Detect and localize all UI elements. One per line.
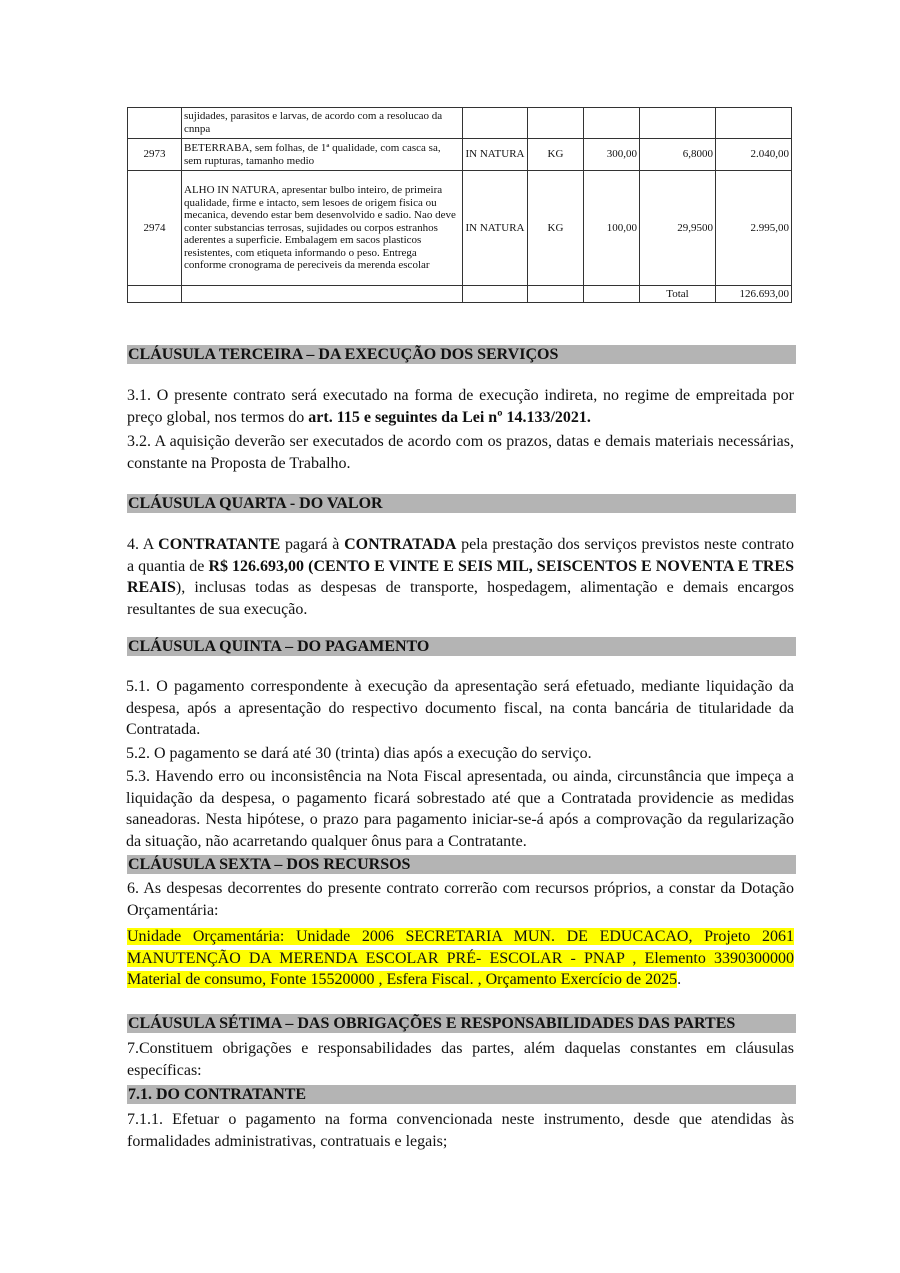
clausula-terceira-heading: CLÁUSULA TERCEIRA – DA EXECUÇÃO DOS SERV… (127, 345, 796, 364)
item-total: 2.995,00 (716, 171, 792, 286)
total-label: Total (640, 286, 716, 303)
item-code: 2974 (128, 171, 182, 286)
contratada-label: CONTRATADA (344, 536, 456, 553)
clausula-sexta-heading: CLÁUSULA SEXTA – DOS RECURSOS (127, 855, 796, 874)
item-unit: KG (528, 139, 584, 171)
clausula-5-3: 5.3. Havendo erro ou inconsistência na N… (126, 766, 794, 852)
clausula-3-2: 3.2. A aquisição deverão ser executados … (127, 431, 794, 474)
clausula-7-1-1: 7.1.1. Efetuar o pagamento na forma conv… (127, 1109, 794, 1152)
item-quantity: 300,00 (584, 139, 640, 171)
item-total (716, 108, 792, 139)
item-unit-price: 29,9500 (640, 171, 716, 286)
item-unit (528, 108, 584, 139)
table-row: 2973 BETERRABA, sem folhas, de 1ª qualid… (128, 139, 792, 171)
item-type: IN NATURA (463, 139, 528, 171)
clausula-quarta-heading: CLÁUSULA QUARTA - DO VALOR (127, 494, 796, 513)
item-quantity: 100,00 (584, 171, 640, 286)
item-unit: KG (528, 171, 584, 286)
item-unit-price: 6,8000 (640, 139, 716, 171)
subclausula-7-1-heading: 7.1. DO CONTRATANTE (127, 1085, 796, 1104)
item-total: 2.040,00 (716, 139, 792, 171)
clausula-7: 7.Constituem obrigações e responsabilida… (127, 1038, 794, 1081)
item-description: sujidades, parasitos e larvas, de acordo… (182, 108, 463, 139)
item-type: IN NATURA (463, 171, 528, 286)
contratante-label: CONTRATANTE (158, 536, 280, 553)
item-description: ALHO IN NATURA, apresentar bulbo inteiro… (182, 171, 463, 286)
clausula-5-1: 5.1. O pagamento correspondente à execuç… (126, 676, 794, 741)
legal-reference: art. 115 e seguintes da Lei nº 14.133/20… (308, 409, 591, 426)
table-total-row: Total 126.693,00 (128, 286, 792, 303)
table-row: 2974 ALHO IN NATURA, apresentar bulbo in… (128, 171, 792, 286)
item-unit-price (640, 108, 716, 139)
clausula-4: 4. A CONTRATANTE pagará à CONTRATADA pel… (127, 534, 794, 620)
item-code: 2973 (128, 139, 182, 171)
table-row: sujidades, parasitos e larvas, de acordo… (128, 108, 792, 139)
item-type (463, 108, 528, 139)
dotacao-highlight: Unidade Orçamentária: Unidade 2006 SECRE… (127, 928, 794, 988)
clausula-3-1: 3.1. O presente contrato será executado … (127, 385, 794, 428)
clausula-6: 6. As despesas decorrentes do presente c… (127, 878, 794, 921)
clausula-5-2: 5.2. O pagamento se dará até 30 (trinta)… (126, 743, 793, 765)
total-value: 126.693,00 (716, 286, 792, 303)
item-description: BETERRABA, sem folhas, de 1ª qualidade, … (182, 139, 463, 171)
items-table: sujidades, parasitos e larvas, de acordo… (127, 107, 792, 303)
dotacao-orcamentaria: Unidade Orçamentária: Unidade 2006 SECRE… (127, 926, 794, 991)
item-code (128, 108, 182, 139)
clausula-setima-heading: CLÁUSULA SÉTIMA – DAS OBRIGAÇÕES E RESPO… (127, 1014, 796, 1033)
item-quantity (584, 108, 640, 139)
contract-page: sujidades, parasitos e larvas, de acordo… (0, 0, 900, 1273)
clausula-quinta-heading: CLÁUSULA QUINTA – DO PAGAMENTO (127, 637, 796, 656)
